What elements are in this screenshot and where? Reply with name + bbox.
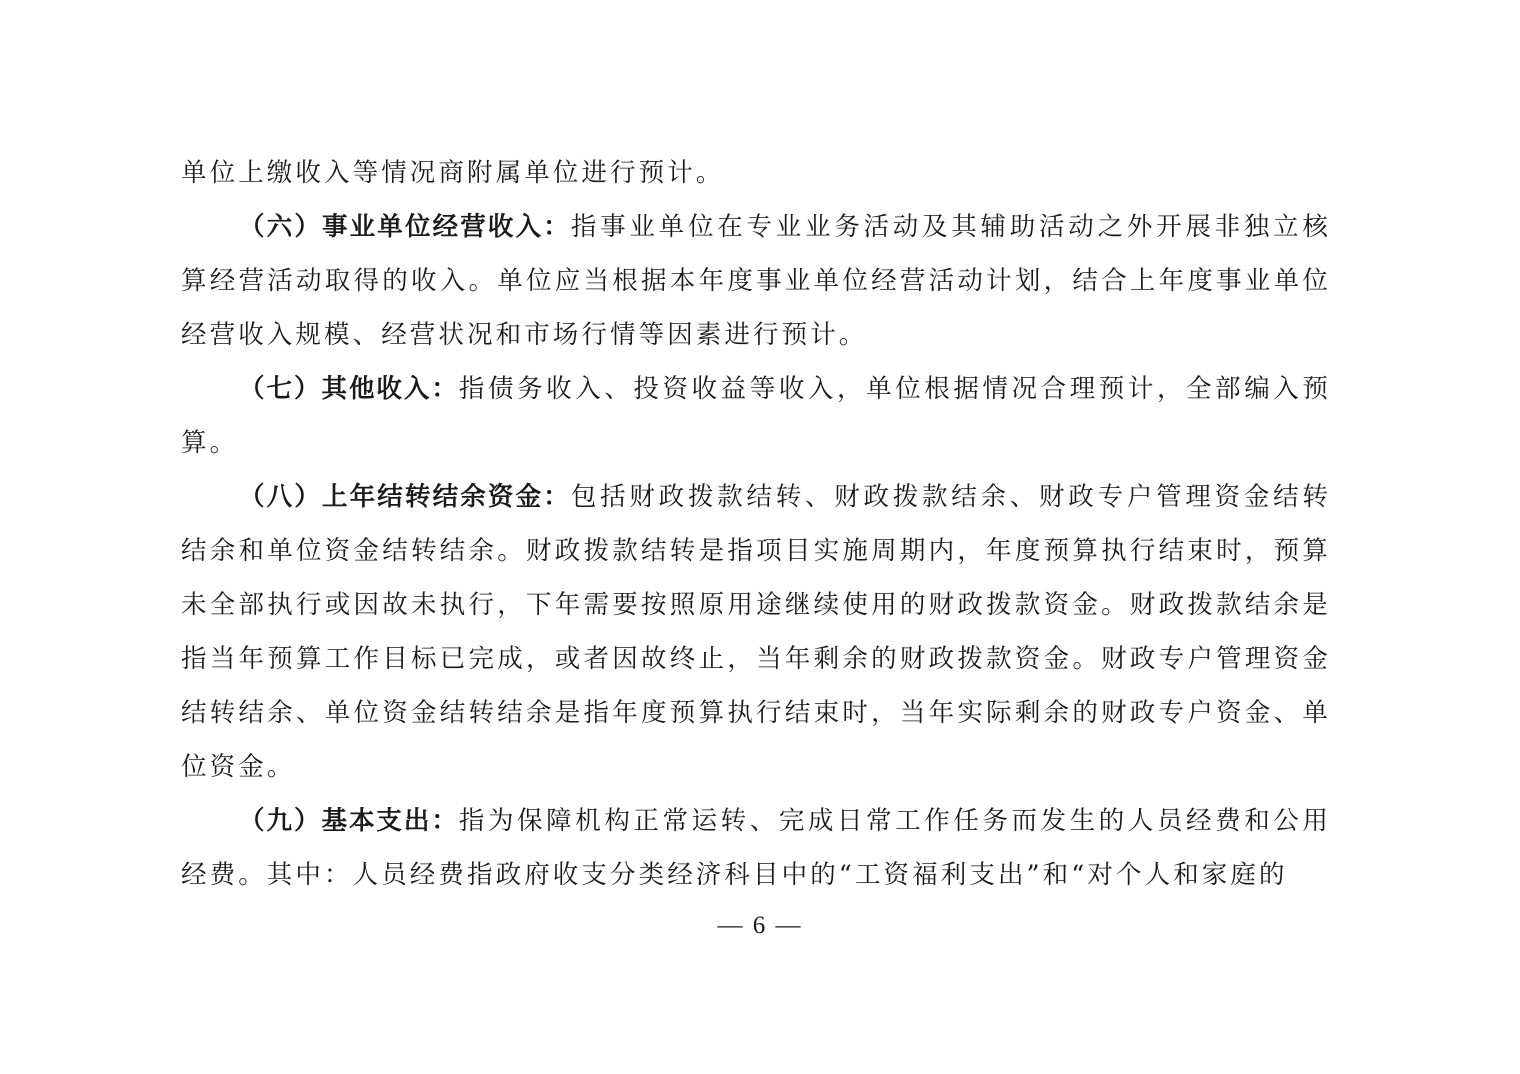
paragraph-basic-expenditure: （九）基本支出：指为保障机构正常运转、完成日常工作任务而发生的人员经费和公用经费…: [181, 794, 1331, 902]
page-number: — 6 —: [0, 906, 1520, 946]
paragraph-carryover-funds: （八）上年结转结余资金：包括财政拨款结转、财政拨款结余、财政专户管理资金结转结余…: [181, 470, 1331, 794]
paragraph-continuation: 单位上缴收入等情况商附属单位进行预计。: [181, 146, 1331, 200]
paragraph-heading: （八）上年结转结余资金：: [239, 482, 571, 512]
paragraph-other-income: （七）其他收入：指债务收入、投资收益等收入，单位根据情况合理预计，全部编入预算。: [181, 362, 1331, 470]
document-body: 单位上缴收入等情况商附属单位进行预计。 （六）事业单位经营收入：指事业单位在专业…: [181, 146, 1331, 902]
document-page: 单位上缴收入等情况商附属单位进行预计。 （六）事业单位经营收入：指事业单位在专业…: [0, 0, 1520, 1074]
paragraph-business-income: （六）事业单位经营收入：指事业单位在专业业务活动及其辅助活动之外开展非独立核算经…: [181, 200, 1331, 362]
paragraph-heading: （七）其他收入：: [239, 374, 459, 404]
paragraph-heading: （六）事业单位经营收入：: [239, 212, 571, 242]
paragraph-text: 包括财政拨款结转、财政拨款结余、财政专户管理资金结转结余和单位资金结转结余。财政…: [181, 482, 1331, 782]
paragraph-heading: （九）基本支出：: [239, 806, 459, 836]
paragraph-text: 单位上缴收入等情况商附属单位进行预计。: [181, 158, 724, 188]
